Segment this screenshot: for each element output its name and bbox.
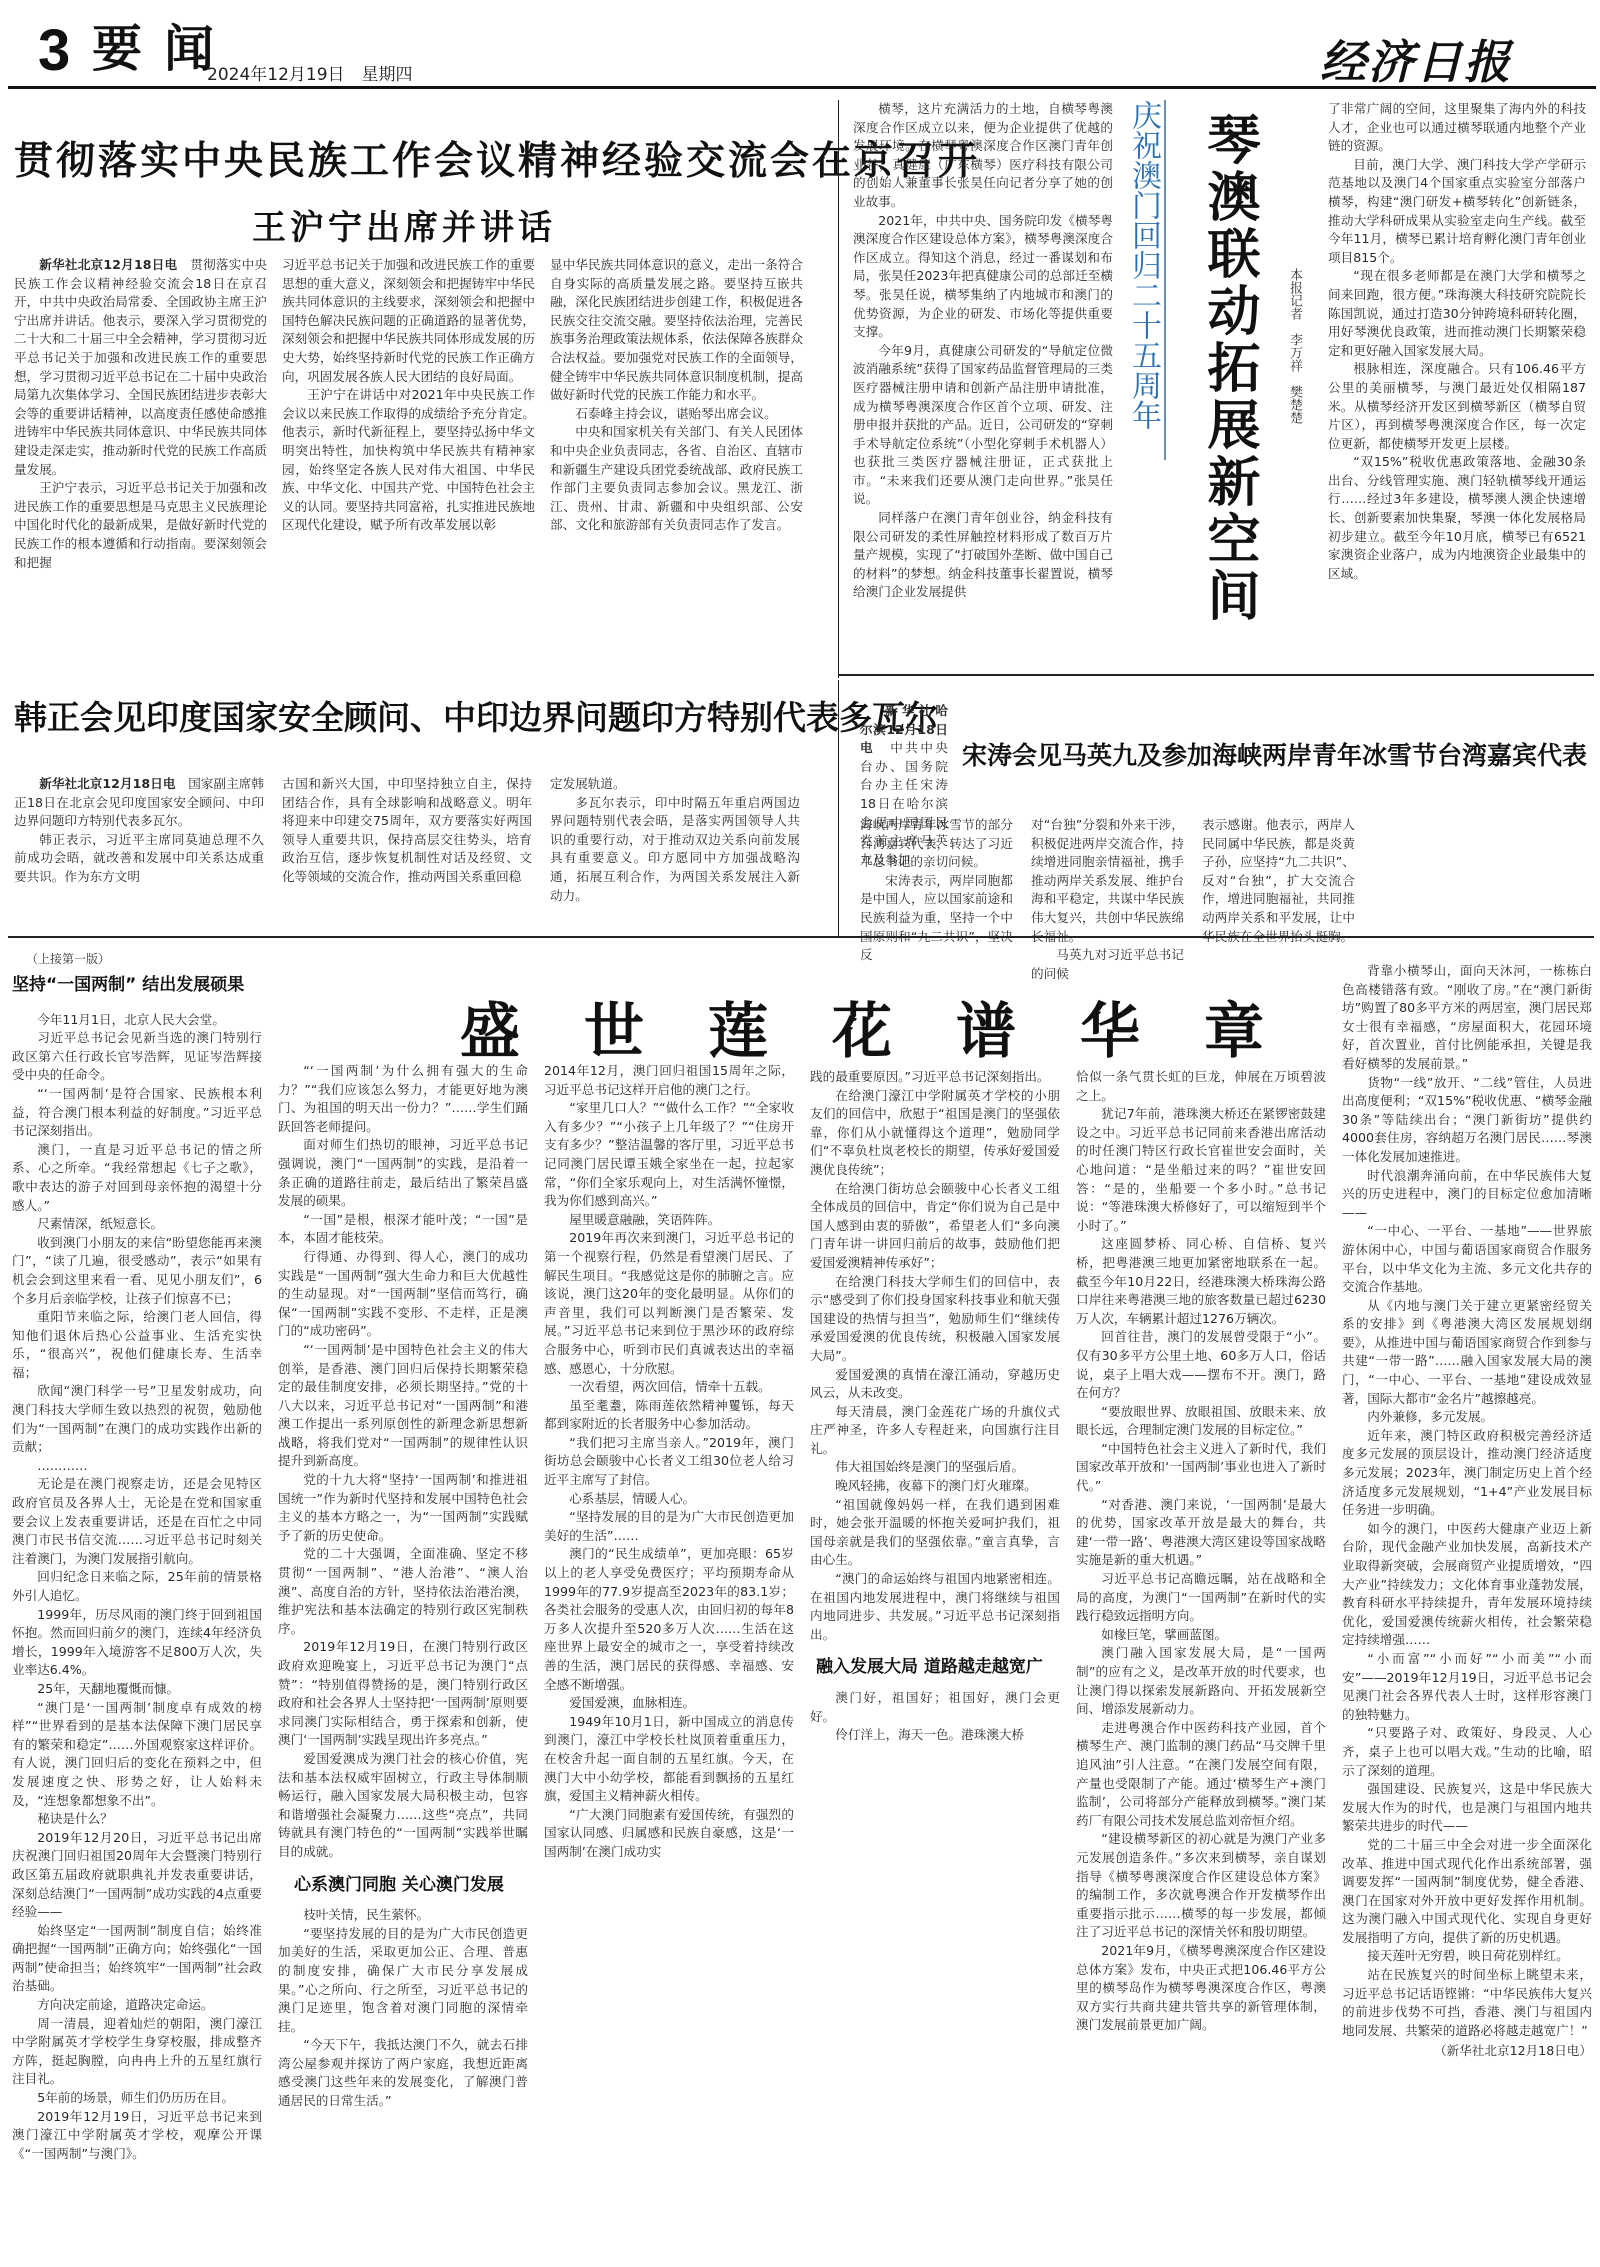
article3-headline: 韩正会见印度国家安全顾问、中印边界问题印方特别代表多瓦尔 — [14, 692, 938, 739]
article5-subhead-1: 坚持“一国两制” 结出发展硕果 — [12, 976, 262, 995]
article1-column-3: 显中华民族共同体意识的意义，走出一条符合自身实际的高质量发展之路。要坚持互嵌共融… — [550, 256, 803, 535]
continued-from-label: （上接第一版） — [26, 950, 110, 967]
article-ethnic-work-conference: 贯彻落实中央民族工作会议精神经验交流会在京召开 王沪宁出席并讲话 新华社北京12… — [0, 90, 840, 660]
article3-column-2: 古国和新兴大国，中印坚持独立自主，保持团结合作，具有全球影响和战略意义。明年将迎… — [282, 775, 532, 887]
issue-date: 2024年12月19日 星期四 — [207, 60, 413, 85]
article3-dateline: 新华社北京12月18日电 — [39, 776, 175, 791]
article1-column-2: 习近平总书记关于加强和改进民族工作的重要思想的重大意义，深刻领会和把握铸牢中华民… — [282, 256, 535, 535]
article3-column-3: 定发展轨道。 多瓦尔表示，印中时隔五年重启两国边界问题特别代表会晤，是落实两国领… — [550, 775, 800, 905]
column-divider — [838, 680, 839, 938]
article1-headline: 贯彻落实中央民族工作会议精神经验交流会在京召开 — [14, 130, 980, 186]
article5-column-6: 背靠小横琴山，面向天沐河，一栋栋白色高楼错落有致。“刚收了房。”在“澳门新街坊”… — [1342, 962, 1592, 2061]
article5-column-4: 践的最重要原因。”习近平总书记深刻指出。 在给澳门濠江中学附属英才学校的小朋友们… — [810, 1068, 1060, 1745]
article2-column-2: 了非常广阔的空间，这里聚集了海内外的科技人才，企业也可以通过横琴联通内地整个产业… — [1328, 100, 1586, 583]
article5-column-1: 坚持“一国两制” 结出发展硕果 今年11月1日，北京人民大会堂。 习近平总书记会… — [12, 970, 262, 2163]
masthead: 3 要闻 2024年12月19日 星期四 经济日报 — [0, 0, 1600, 90]
article5-column-5: 恰似一条气贯长虹的巨龙，伸展在万顷碧波之上。 犹记7年前，港珠澳大桥还在紧锣密鼓… — [1076, 1068, 1326, 2035]
article2-byline: 本报记者 李万祥 樊楚楚 — [1285, 268, 1303, 424]
article1-column-1: 新华社北京12月18日电 贯彻落实中央民族工作会议精神经验交流会18日在京召开，… — [14, 256, 267, 572]
section-rule — [8, 936, 1594, 938]
article4-headline: 宋涛会见马英九及参加海峡两岸青年冰雪节台湾嘉宾代表 — [962, 736, 1587, 772]
article2-kicker: 庆祝澳门回归二十五周年 — [1125, 100, 1166, 460]
section-rule — [838, 674, 1594, 676]
article5-column-3: 2014年12月，澳门回归祖国15周年之际，习近平总书记这样开启他的澳门之行。 … — [544, 1062, 794, 1862]
article5-subhead-2: 心系澳门同胞 关心澳门发展 — [294, 1876, 528, 1895]
article5-closing: （新华社北京12月18日电） — [1342, 2042, 1592, 2061]
paper-logo: 经济日报 — [1320, 26, 1512, 92]
article1-subheadline: 王沪宁出席并讲话 — [252, 200, 556, 249]
article5-headline: 盛世莲花谱华章 — [460, 984, 1328, 1070]
article2-column-1: 横琴，这片充满活力的土地，自横琴粤澳深度合作区成立以来，便为企业提供了优越的发展… — [853, 100, 1113, 602]
article5-subhead-3: 融入发展大局 道路越走越宽广 — [816, 1658, 1060, 1677]
article-hengqin-macao: 横琴，这片充满活力的土地，自横琴粤澳深度合作区成立以来，便为企业提供了优越的发展… — [848, 90, 1600, 670]
article4-column-3: 表示感谢。他表示，两岸人民同属中华民族，都是炎黄子孙，应坚持“九二共识”、反对“… — [1202, 816, 1355, 946]
article1-dateline: 新华社北京12月18日电 — [39, 257, 177, 272]
article5-column-2: “‘一国两制’为什么拥有强大的生命力？”“我们应该怎么努力，才能更好地为澳门、为… — [278, 1062, 528, 2111]
page-number: 3 — [38, 22, 70, 80]
article2-headline: 琴澳联动拓展新空间 — [1200, 112, 1260, 625]
article-han-zheng-doval: 韩正会见印度国家安全顾问、中印边界问题印方特别代表多瓦尔 新华社北京12月18日… — [0, 680, 840, 935]
column-divider — [838, 100, 839, 678]
article-lotus-flourishing: （上接第一版） 盛世莲花谱华章 坚持“一国两制” 结出发展硕果 今年11月1日，… — [0, 940, 1600, 2267]
article3-column-1: 新华社北京12月18日电 国家副主席韩正18日在北京会见印度国家安全顾问、中印边… — [14, 775, 264, 887]
article-song-tao-ma-ying-jeou: 新华社哈尔滨12月18日电 中共中央台办、国务院台办主任宋涛18日在哈尔滨会见中… — [840, 680, 1600, 935]
masthead-rule — [8, 86, 1596, 89]
